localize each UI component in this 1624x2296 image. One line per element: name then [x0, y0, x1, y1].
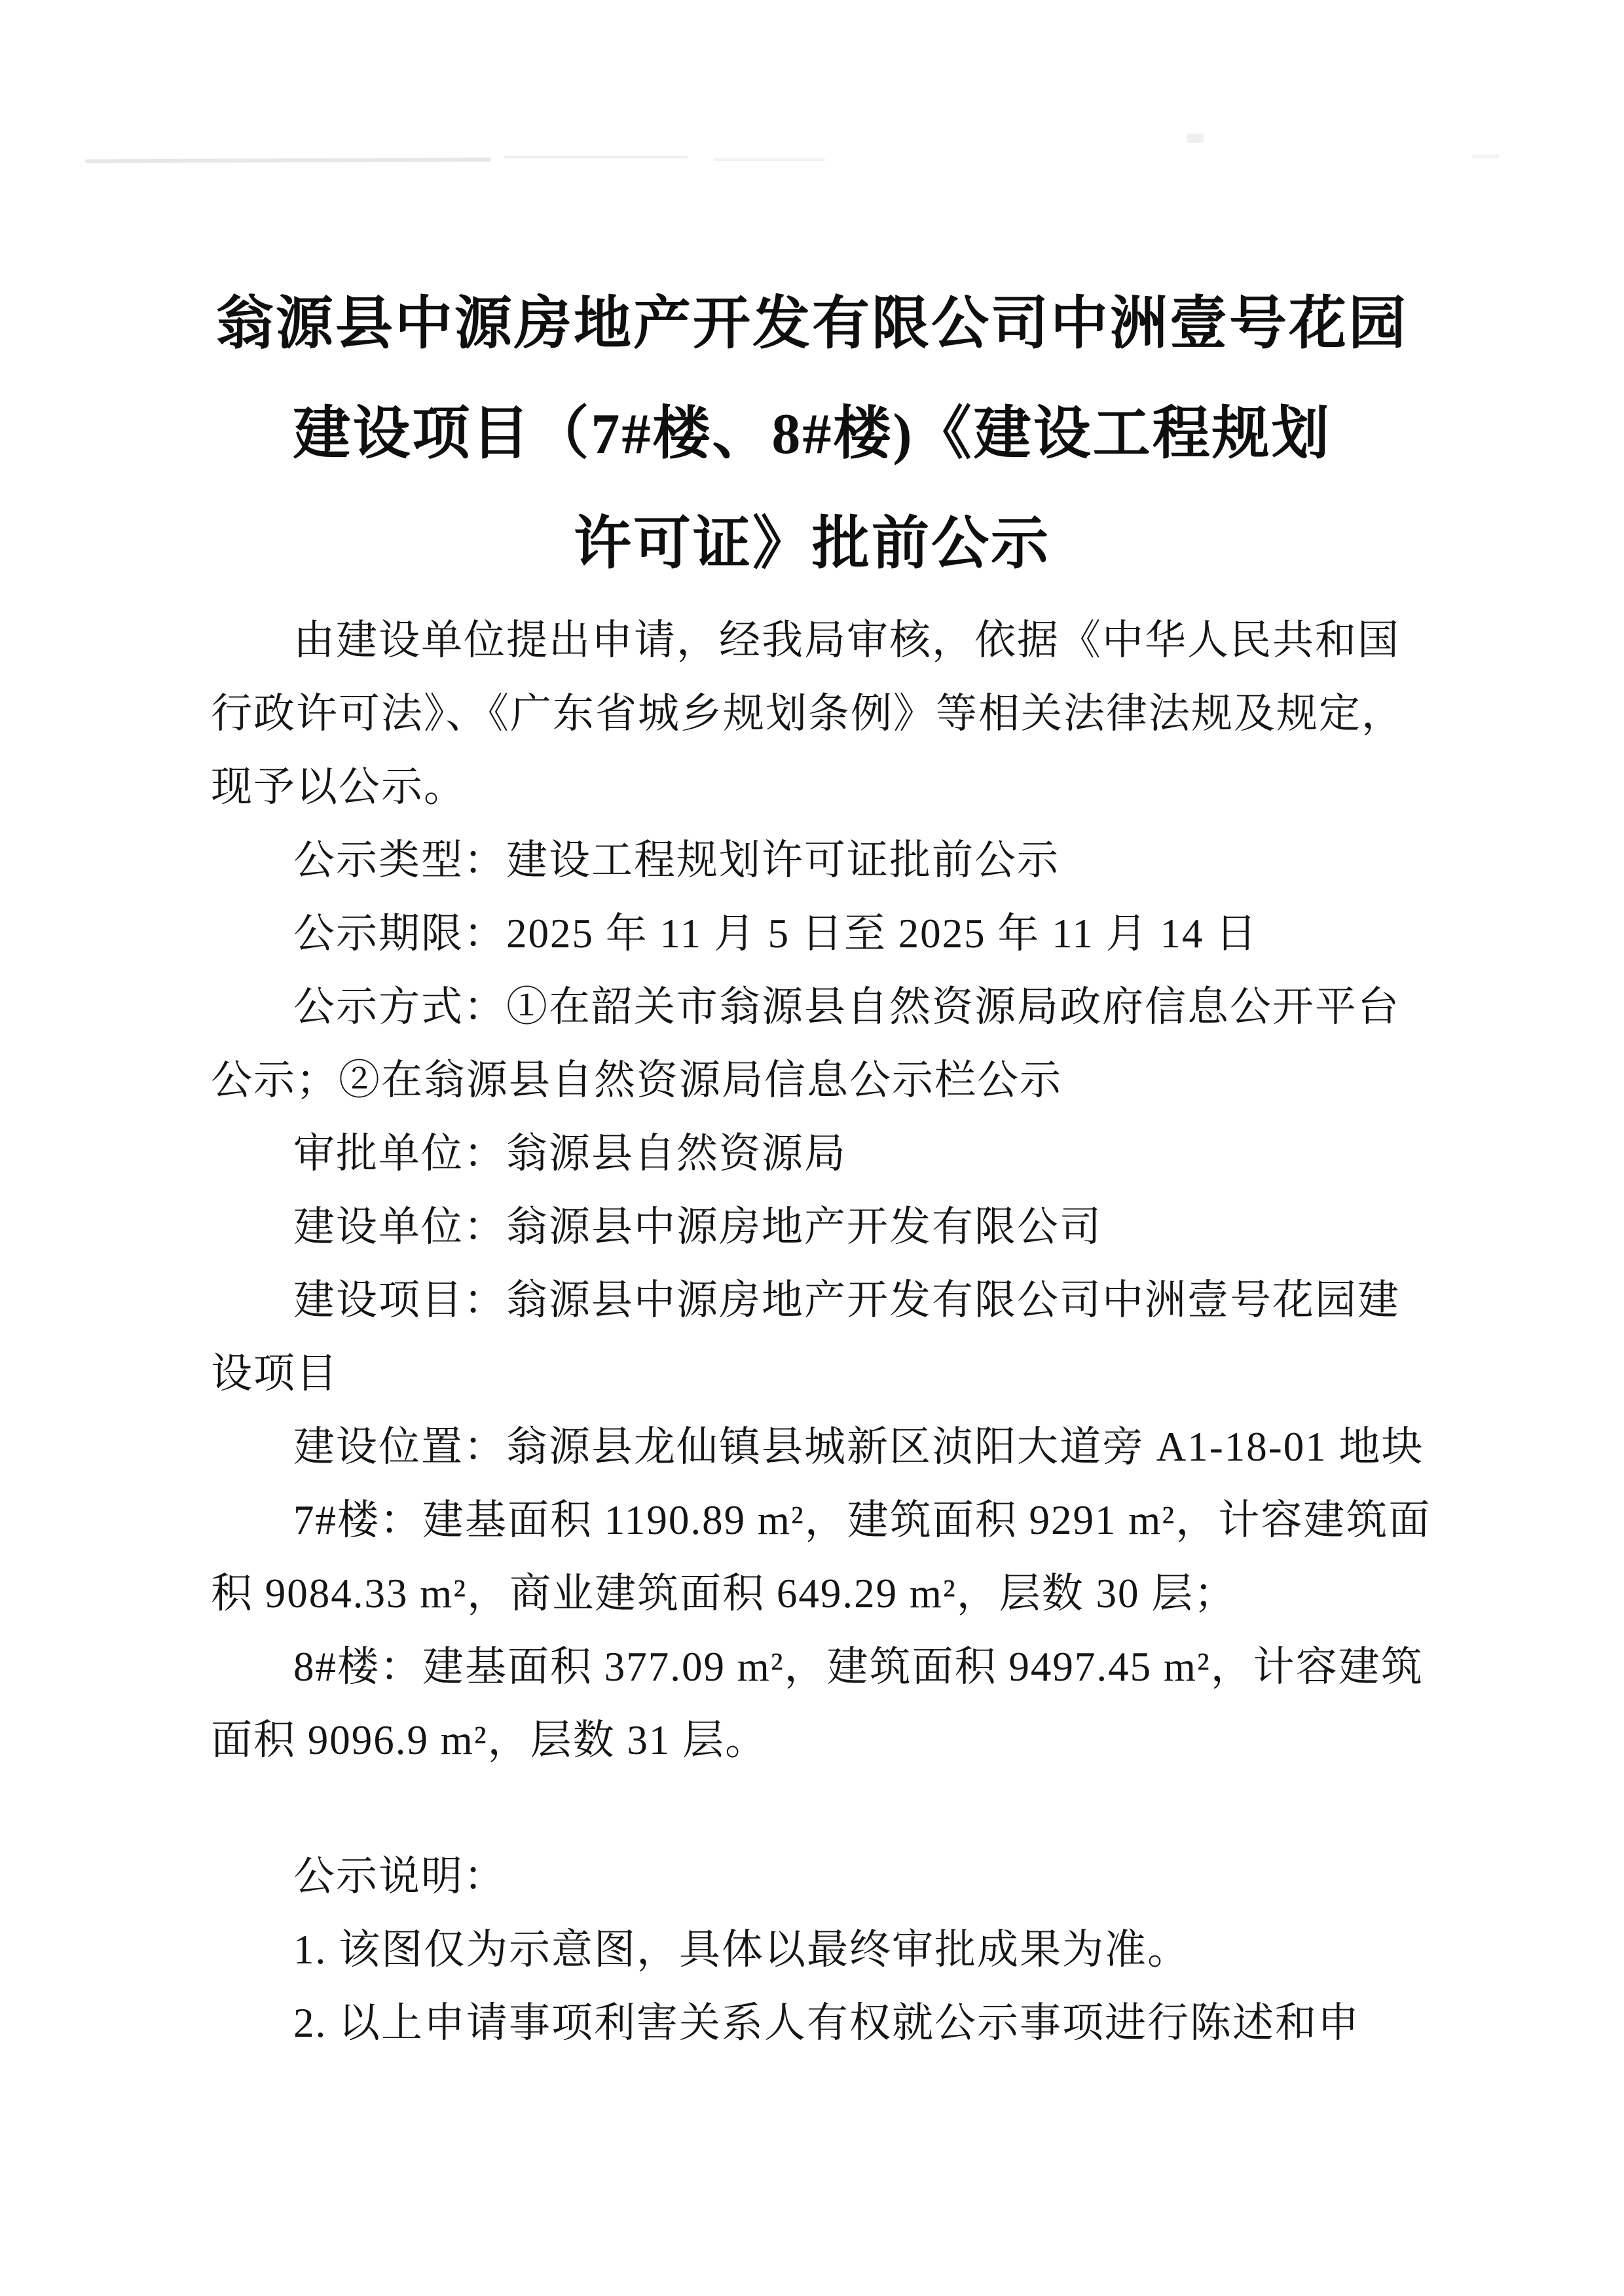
body-line-construction-unit: 建设单位：翁源县中源房地产开发有限公司 — [211, 1190, 1449, 1264]
body-line-building-8: 8#楼：建基面积 377.09 m²，建筑面积 9497.45 m²，计容建筑 — [211, 1630, 1449, 1704]
scan-noise-streak — [714, 158, 825, 161]
body-line-project-name: 建设项目：翁源县中源房地产开发有限公司中洲壹号花园建 — [211, 1264, 1449, 1337]
body-line: 现予以公示。 — [211, 750, 1449, 824]
scan-noise-speck — [1187, 134, 1204, 143]
body-line-notice-type: 公示类型：建设工程规划许可证批前公示 — [211, 824, 1449, 897]
notes-item-1: 1. 该图仅为示意图，具体以最终审批成果为准。 — [211, 1913, 1449, 1986]
body-line: 设项目 — [211, 1337, 1449, 1410]
body-line: 由建设单位提出申请，经我局审核，依据《中华人民共和国 — [211, 604, 1449, 677]
notes-item-2: 2. 以上申请事项利害关系人有权就公示事项进行陈述和申 — [211, 1986, 1449, 2060]
document-title: 翁源县中源房地产开发有限公司中洲壹号花园 建设项目（7#楼、8#楼)《建设工程规… — [0, 270, 1624, 600]
body-line: 积 9084.33 m²，商业建筑面积 649.29 m²，层数 30 层； — [211, 1557, 1449, 1630]
scan-noise-streak — [504, 156, 688, 158]
body-line-notice-method: 公示方式：①在韶关市翁源县自然资源局政府信息公开平台 — [211, 970, 1449, 1044]
document-body: 由建设单位提出申请，经我局审核，依据《中华人民共和国 行政许可法》、《广东省城乡… — [211, 604, 1449, 2060]
body-line: 公示；②在翁源县自然资源局信息公示栏公示 — [211, 1044, 1449, 1117]
title-line-2: 建设项目（7#楼、8#楼)《建设工程规划 — [0, 380, 1624, 490]
body-line-approval-unit: 审批单位：翁源县自然资源局 — [211, 1117, 1449, 1190]
body-line-building-7: 7#楼：建基面积 1190.89 m²，建筑面积 9291 m²，计容建筑面 — [211, 1484, 1449, 1557]
scan-noise-streak — [85, 158, 491, 164]
scan-noise-speck — [1472, 155, 1500, 158]
body-line: 行政许可法》、《广东省城乡规划条例》等相关法律法规及规定， — [211, 677, 1449, 750]
body-line-notice-period: 公示期限：2025 年 11 月 5 日至 2025 年 11 月 14 日 — [211, 897, 1449, 970]
section-gap — [211, 1777, 1449, 1840]
title-line-3: 许可证》批前公示 — [0, 490, 1624, 600]
document-page: 翁源县中源房地产开发有限公司中洲壹号花园 建设项目（7#楼、8#楼)《建设工程规… — [0, 0, 1624, 2296]
body-line-location: 建设位置：翁源县龙仙镇县城新区浈阳大道旁 A1-18-01 地块 — [211, 1410, 1449, 1484]
title-line-1: 翁源县中源房地产开发有限公司中洲壹号花园 — [0, 270, 1624, 380]
scanned-notice-page: { "document": { "title_lines": [ "翁源县中源房… — [0, 0, 1624, 2296]
body-line: 面积 9096.9 m²，层数 31 层。 — [211, 1704, 1449, 1777]
notes-heading: 公示说明： — [211, 1840, 1449, 1913]
